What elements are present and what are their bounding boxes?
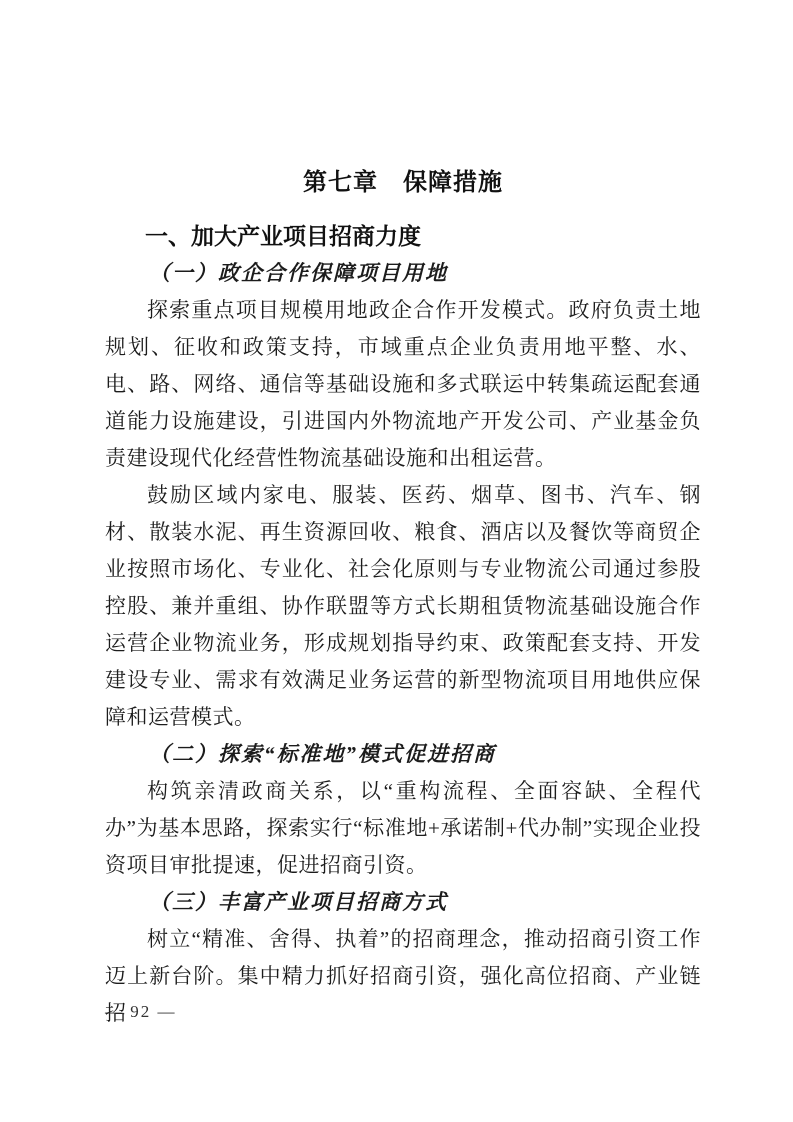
paragraph: 鼓励区域内家电、服装、医药、烟草、图书、汽车、钢材、散装水泥、再生资源回收、粮食… — [105, 477, 701, 736]
subsection-heading-1: （一）政企合作保障项目用地 — [105, 255, 701, 292]
page-number: — 92 — — [105, 1000, 177, 1024]
paragraph: 构筑亲清政商关系，以“重构流程、全面容缺、全程代办”为基本思路，探索实行“标准地… — [105, 773, 701, 884]
paragraph: 树立“精准、舍得、执着”的招商理念，推动招商引资工作迈上新台阶。集中精力抓好招商… — [105, 921, 701, 1032]
subsection-heading-3: （三）丰富产业项目招商方式 — [105, 884, 701, 921]
subsection-heading-2: （二）探索“标准地”模式促进招商 — [105, 736, 701, 773]
chapter-title: 第七章 保障措施 — [105, 165, 701, 201]
paragraph: 探索重点项目规模用地政企合作开发模式。政府负责土地规划、征收和政策支持，市域重点… — [105, 292, 701, 477]
page-content: 第七章 保障措施 一、加大产业项目招商力度 （一）政企合作保障项目用地 探索重点… — [105, 165, 701, 1032]
document-page: 第七章 保障措施 一、加大产业项目招商力度 （一）政企合作保障项目用地 探索重点… — [0, 0, 793, 1122]
section-heading-1: 一、加大产业项目招商力度 — [105, 218, 701, 255]
